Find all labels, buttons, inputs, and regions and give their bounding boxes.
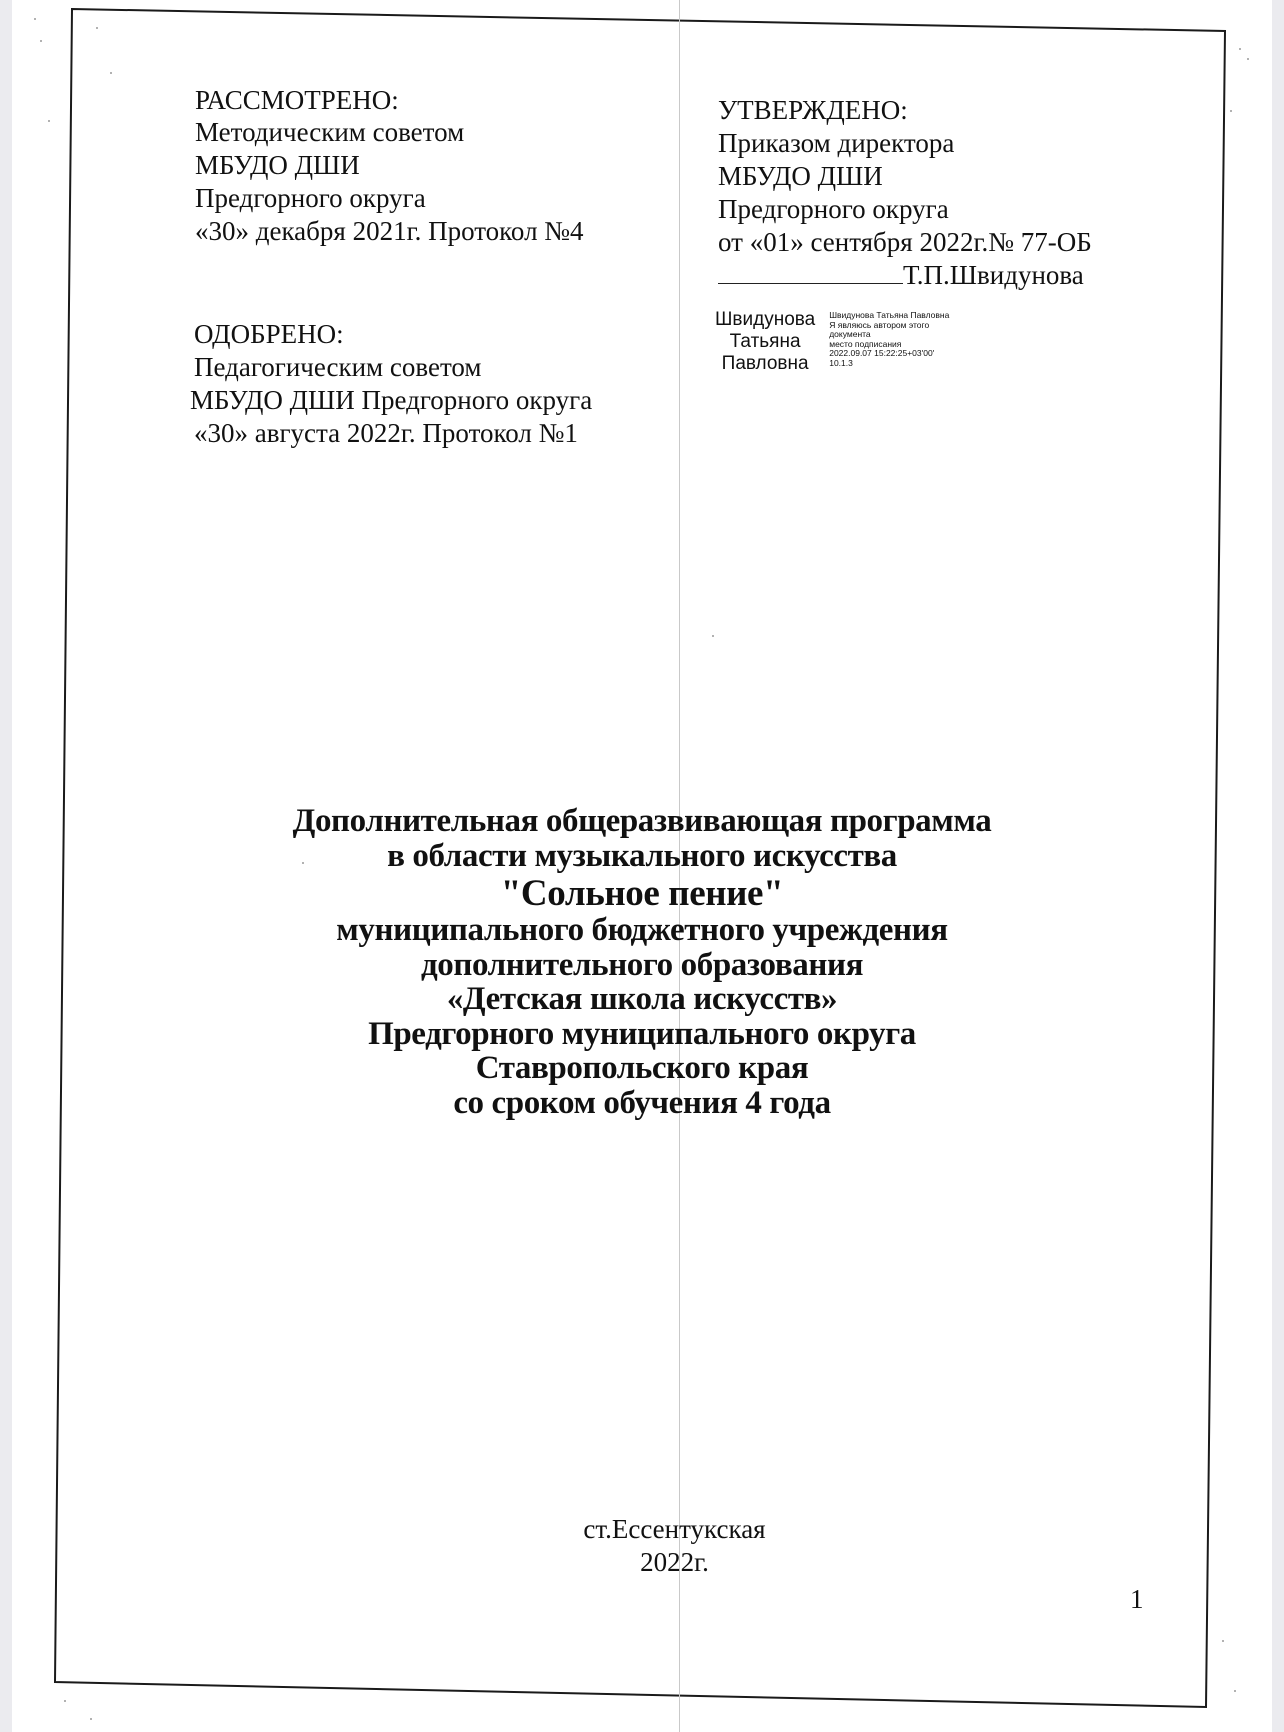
scan-speck <box>1247 58 1249 60</box>
approved-heading: УТВЕРЖДЕНО: <box>718 94 1092 127</box>
scan-speck <box>64 1700 66 1702</box>
electronic-signature-stamp: Швидунова Татьяна Павловна Швидунова Тат… <box>715 309 949 375</box>
scan-speck <box>302 862 304 864</box>
esig-name-line: Швидунова <box>715 309 815 331</box>
esig-signer-name: Швидунова Татьяна Павловна <box>715 309 815 375</box>
esig-name-line: Татьяна <box>715 331 815 353</box>
title-line: «Детская школа искусств» <box>12 982 1272 1017</box>
reviewed-line: «30» декабря 2021г. Протокол №4 <box>195 215 584 248</box>
scan-speck <box>90 1718 92 1720</box>
title-line: Дополнительная общеразвивающая программа <box>12 804 1272 839</box>
document-viewer: РАССМОТРЕНО: Методическим советом МБУДО … <box>0 0 1284 1732</box>
reviewed-line: Методическим советом <box>195 116 584 149</box>
scan-speck <box>1230 110 1232 112</box>
title-line: в области музыкального искусства <box>12 839 1272 874</box>
title-line: со сроком обучения 4 года <box>12 1086 1272 1121</box>
title-line: Ставропольского края <box>12 1051 1272 1086</box>
scan-speck <box>96 27 98 29</box>
signature-underline <box>718 261 903 284</box>
document-page: РАССМОТРЕНО: Методическим советом МБУДО … <box>12 0 1272 1732</box>
program-title: Дополнительная общеразвивающая программа… <box>12 804 1272 1120</box>
scan-speck <box>48 120 50 122</box>
approved-signatory: Т.П.Швидунова <box>903 260 1084 290</box>
scan-speck <box>1234 1690 1236 1692</box>
scan-speck <box>1239 48 1241 50</box>
approved-line: от «01» сентября 2022г.№ 77-ОБ <box>718 226 1092 259</box>
endorsed-heading: ОДОБРЕНО: <box>194 318 592 351</box>
page-number: 1 <box>1130 1584 1144 1614</box>
esig-name-line: Павловна <box>715 353 815 375</box>
reviewed-heading: РАССМОТРЕНО: <box>195 84 584 117</box>
program-name: "Сольное пение" <box>12 874 1272 914</box>
title-line: дополнительного образования <box>12 948 1272 983</box>
place-name: ст.Ессентукская <box>12 1513 1272 1546</box>
year: 2022г. <box>12 1546 1272 1579</box>
approved-line: Предгорного округа <box>718 193 1092 226</box>
endorsed-line: Педагогическим советом <box>194 351 592 384</box>
scan-speck <box>1222 1640 1224 1642</box>
approved-signature-line: Т.П.Швидунова <box>718 259 1092 292</box>
endorsed-line: МБУДО ДШИ Предгорного округа <box>190 384 592 417</box>
scan-speck <box>40 40 42 42</box>
approved-line: Приказом директора <box>718 127 1092 160</box>
scan-speck <box>110 72 112 74</box>
endorsed-line: «30» августа 2022г. Протокол №1 <box>194 417 592 450</box>
scan-speck <box>34 18 36 20</box>
place-and-year: ст.Ессентукская 2022г. <box>12 1513 1272 1579</box>
esig-detail-line: 10.1.3 <box>829 359 949 369</box>
scan-speck <box>712 635 714 637</box>
approved-block: УТВЕРЖДЕНО: Приказом директора МБУДО ДШИ… <box>718 94 1092 292</box>
title-line: муниципального бюджетного учреждения <box>12 913 1272 948</box>
endorsed-block: ОДОБРЕНО: Педагогическим советом МБУДО Д… <box>194 318 592 450</box>
title-line: Предгорного муниципального округа <box>12 1017 1272 1052</box>
approved-line: МБУДО ДШИ <box>718 160 1092 193</box>
reviewed-line: МБУДО ДШИ <box>195 149 584 182</box>
reviewed-line: Предгорного округа <box>195 182 584 215</box>
reviewed-block: РАССМОТРЕНО: Методическим советом МБУДО … <box>195 84 584 248</box>
esig-details: Швидунова Татьяна Павловна Я являюсь авт… <box>829 311 949 368</box>
